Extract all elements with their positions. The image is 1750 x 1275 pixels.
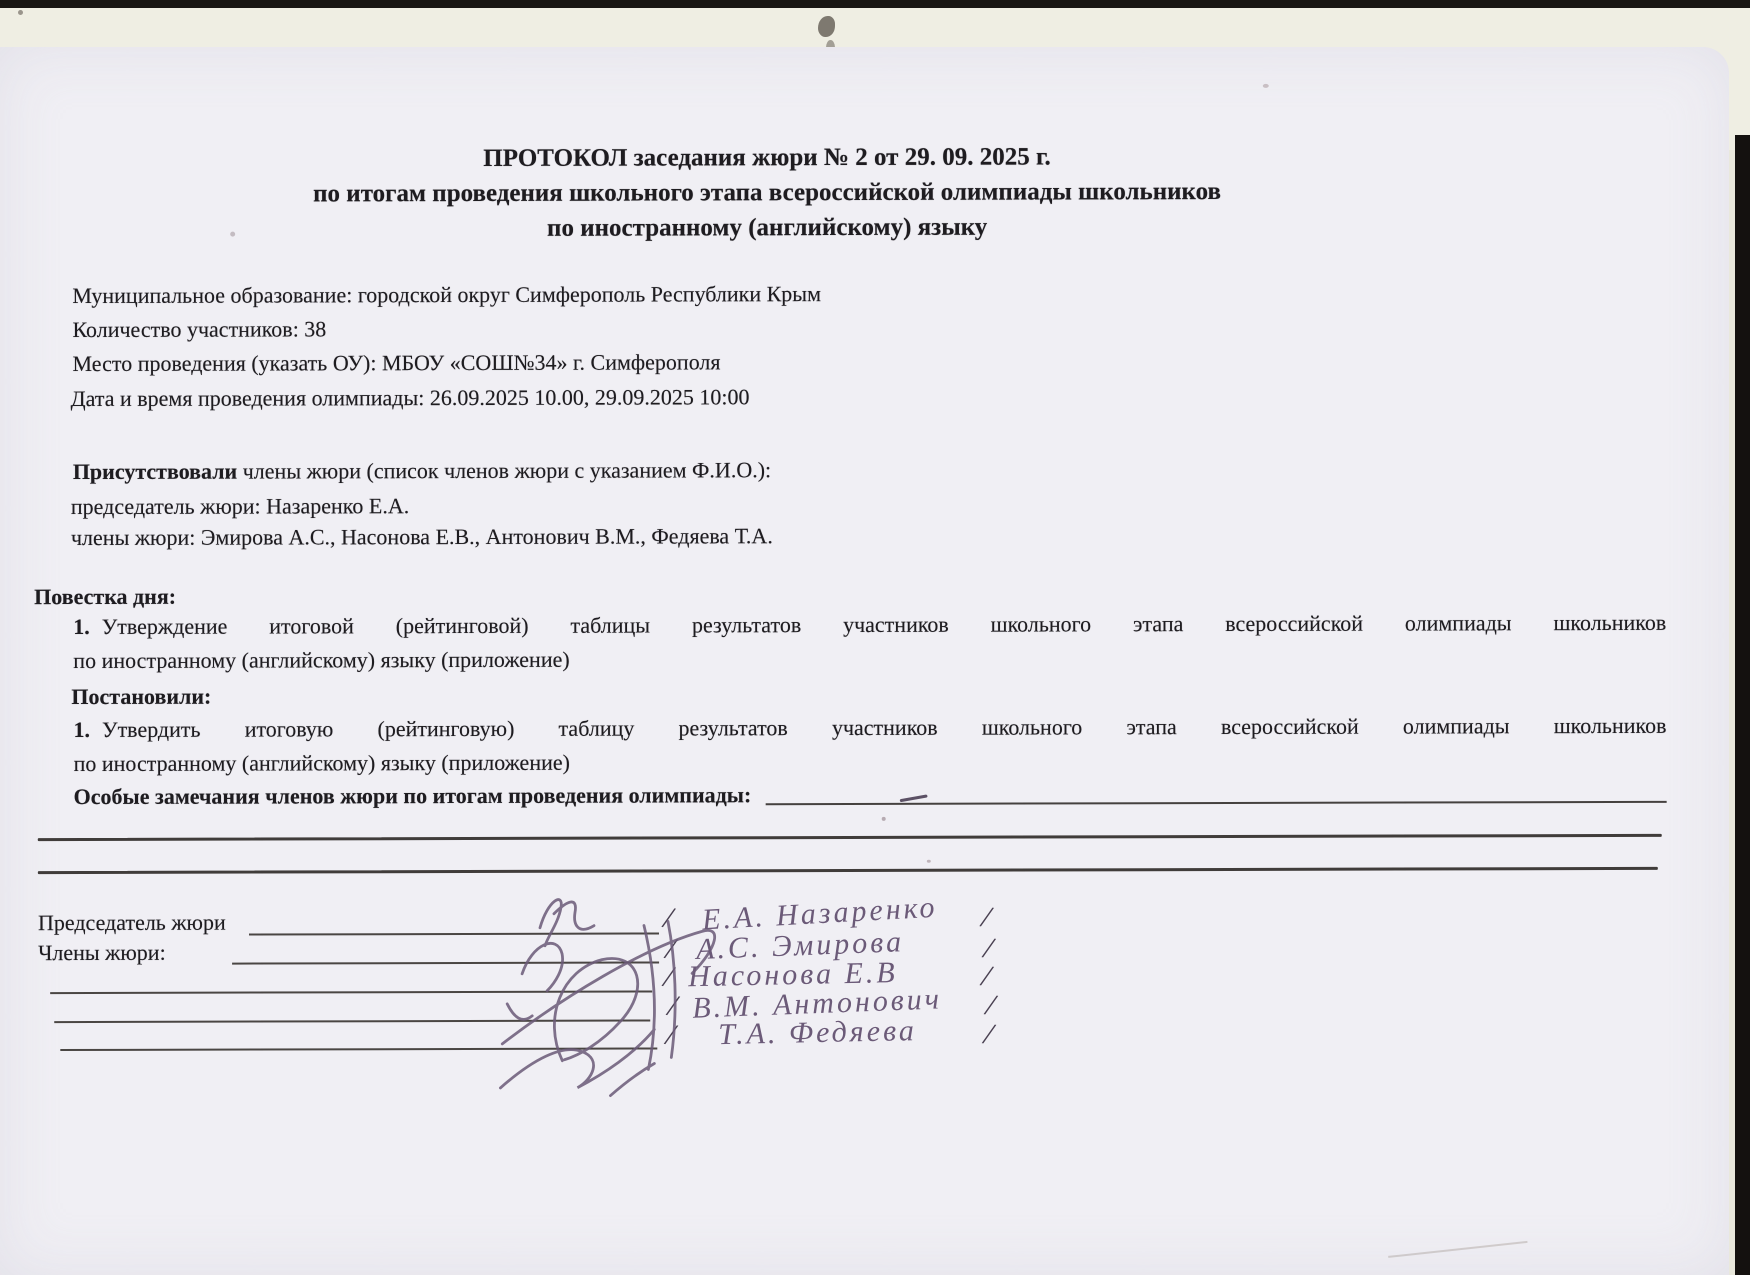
info-datetime: Дата и время проведения олимпиады: 26.09… bbox=[71, 384, 750, 412]
agenda-item-1-continuation: по иностранному (английскому) языку (при… bbox=[73, 647, 569, 674]
attendees-lead-rest: члены жюри (список членов жюри с указани… bbox=[237, 457, 771, 483]
resolution-item-text: Утвердить итоговую (рейтинговую) таблицу… bbox=[102, 713, 1667, 742]
paper-speck bbox=[18, 10, 23, 15]
attendees-lead-bold: Присутствовали bbox=[73, 459, 237, 484]
info-venue: Место проведения (указать ОУ): МБОУ «СОШ… bbox=[72, 349, 720, 377]
scanner-background-strip bbox=[1735, 135, 1750, 1275]
blank-line-2 bbox=[38, 867, 1658, 874]
info-municipality: Муниципальное образование: городской окр… bbox=[72, 281, 821, 309]
slash-mark: / bbox=[982, 1017, 995, 1052]
attendees-members: члены жюри: Эмирова А.С., Насонова Е.В.,… bbox=[71, 523, 773, 551]
remarks-row: Особые замечания членов жюри по итогам п… bbox=[74, 780, 1667, 810]
info-participants: Количество участников: 38 bbox=[72, 316, 326, 343]
agenda-item-1: 1.Утверждение итоговой (рейтинговой) таб… bbox=[73, 610, 1666, 640]
scanned-protocol-page: { "document": { "title_line1": "ПРОТОКОЛ… bbox=[0, 0, 1750, 1275]
agenda-item-number: 1. bbox=[73, 614, 90, 639]
title-line-3: по иностранному (английскому) языку bbox=[72, 213, 1462, 243]
attendees-chairman: председатель жюри: Назаренко Е.А. bbox=[71, 493, 409, 520]
chairman-signature-label: Председатель жюри bbox=[38, 910, 226, 936]
resolution-item-1: 1.Утвердить итоговую (рейтинговую) табли… bbox=[73, 713, 1666, 743]
paper-speck bbox=[927, 860, 931, 863]
members-signature-label: Члены жюри: bbox=[38, 940, 166, 966]
attendees-lead: Присутствовали члены жюри (список членов… bbox=[73, 457, 771, 485]
agenda-item-text: Утверждение итоговой (рейтинговой) табли… bbox=[102, 610, 1667, 639]
remarks-label: Особые замечания членов жюри по итогам п… bbox=[74, 782, 752, 810]
signature-strokes bbox=[382, 865, 803, 1126]
paper: ПРОТОКОЛ заседания жюри № 2 от 29. 09. 2… bbox=[0, 47, 1729, 1275]
resolution-item-number: 1. bbox=[73, 717, 90, 742]
scanner-lid-band bbox=[0, 8, 1750, 48]
paper-crease bbox=[1388, 1241, 1527, 1258]
slash-mark: / bbox=[980, 900, 993, 935]
resolution-item-1-continuation: по иностранному (английскому) языку (при… bbox=[74, 750, 570, 777]
document-content: ПРОТОКОЛ заседания жюри № 2 от 29. 09. 2… bbox=[0, 43, 1732, 1275]
resolution-heading: Постановили: bbox=[71, 684, 211, 710]
title-line-1: ПРОТОКОЛ заседания жюри № 2 от 29. 09. 2… bbox=[72, 143, 1462, 173]
paper-speck bbox=[1263, 84, 1269, 88]
agenda-heading: Повестка дня: bbox=[34, 584, 176, 610]
paper-speck bbox=[882, 817, 886, 821]
paper-speck bbox=[230, 232, 235, 237]
title-line-2: по итогам проведения школьного этапа все… bbox=[72, 178, 1462, 208]
blank-line-1 bbox=[38, 834, 1662, 841]
